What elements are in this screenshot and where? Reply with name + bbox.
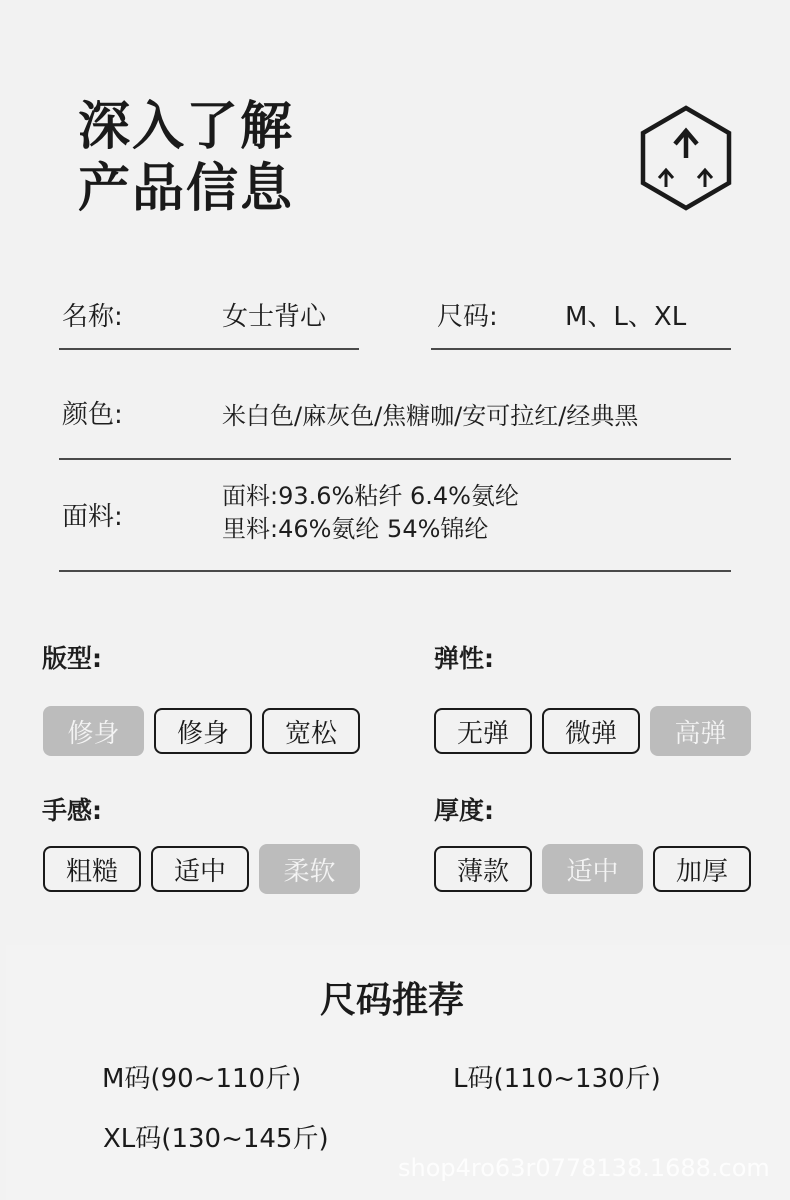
title-line-1: 深入了解 <box>78 96 294 158</box>
size-value: M、L、XL <box>565 302 686 332</box>
watermark: shop4ro63r0778138.1688.com <box>398 1154 770 1182</box>
fit-option-slim[interactable]: 修身 <box>154 708 252 754</box>
feel-label: 手感: <box>42 796 102 826</box>
size-recommendation-title: 尺码推荐 <box>320 972 464 1023</box>
fabric-label: 面料: <box>62 502 123 532</box>
elasticity-label: 弹性: <box>434 644 494 674</box>
thickness-option-thin[interactable]: 薄款 <box>434 846 532 892</box>
fit-options: 修身 修身 宽松 <box>43 706 360 756</box>
divider <box>59 570 731 572</box>
elasticity-option-high-selected[interactable]: 高弹 <box>650 706 751 756</box>
divider <box>431 348 731 350</box>
divider <box>59 458 731 460</box>
feel-options: 粗糙 适中 柔软 <box>43 844 360 894</box>
size-item-m: M码(90~110斤) <box>102 1058 301 1095</box>
size-label: 尺码: <box>437 302 498 332</box>
elasticity-options: 无弹 微弹 高弹 <box>434 706 751 756</box>
feel-option-soft-selected[interactable]: 柔软 <box>259 844 360 894</box>
color-label: 颜色: <box>62 400 123 430</box>
elasticity-option-none[interactable]: 无弹 <box>434 708 532 754</box>
thickness-option-thick[interactable]: 加厚 <box>653 846 751 892</box>
fabric-outer: 面料:93.6%粘纤 6.4%氨纶 <box>222 480 519 512</box>
fit-option-loose[interactable]: 宽松 <box>262 708 360 754</box>
divider <box>59 348 359 350</box>
thickness-label: 厚度: <box>434 796 494 826</box>
fit-label: 版型: <box>42 644 102 674</box>
name-label: 名称: <box>62 302 123 332</box>
feel-option-medium[interactable]: 适中 <box>151 846 249 892</box>
elasticity-option-slight[interactable]: 微弹 <box>542 708 640 754</box>
title-line-2: 产品信息 <box>78 158 294 220</box>
fit-option-slim-selected[interactable]: 修身 <box>43 706 144 756</box>
name-value: 女士背心 <box>222 302 326 332</box>
fabric-lining: 里料:46%氨纶 54%锦纶 <box>222 513 488 545</box>
hexagon-arrows-up-icon <box>638 104 734 212</box>
feel-option-rough[interactable]: 粗糙 <box>43 846 141 892</box>
size-item-l: L码(110~130斤) <box>453 1058 661 1095</box>
thickness-options: 薄款 适中 加厚 <box>434 844 751 894</box>
size-item-xl: XL码(130~145斤) <box>103 1118 329 1155</box>
color-value: 米白色/麻灰色/焦糖咖/安可拉红/经典黑 <box>222 400 638 432</box>
thickness-option-medium-selected[interactable]: 适中 <box>542 844 643 894</box>
